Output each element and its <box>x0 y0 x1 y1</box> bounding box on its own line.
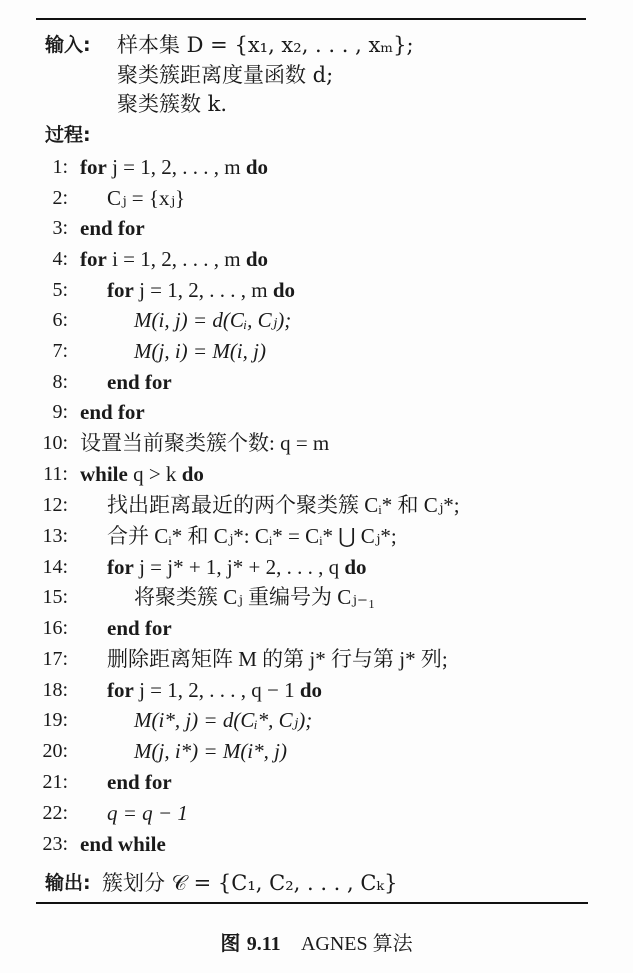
input-cluster-count: 聚类簇数 k. <box>117 89 227 119</box>
line-number: 16: <box>30 613 68 643</box>
line-number: 9: <box>30 397 68 427</box>
step-text: end for <box>107 367 172 397</box>
line-number: 23: <box>30 829 68 859</box>
step-text: M(i, j) = d(Cᵢ, Cⱼ); <box>134 305 291 335</box>
step-text: M(i*, j) = d(Cᵢ*, Cⱼ); <box>134 705 312 735</box>
line-number: 17: <box>30 644 68 674</box>
step-text: end for <box>107 613 172 643</box>
step-text: M(j, i*) = M(i*, j) <box>134 736 287 766</box>
step-text: 找出距离最近的两个聚类簇 Cᵢ* 和 Cⱼ*; <box>107 490 460 520</box>
step-text: while q > k do <box>80 459 204 489</box>
figure-label: 图 <box>220 931 240 955</box>
step-text: for j = 1, 2, . . . , m do <box>80 152 268 182</box>
line-number: 20: <box>30 736 68 766</box>
line-number: 14: <box>30 552 68 582</box>
line-number: 4: <box>30 244 68 274</box>
line-number: 6: <box>30 305 68 335</box>
figure-caption: 图 9.11 AGNES 算法 <box>0 928 633 959</box>
step-text: end for <box>107 767 172 797</box>
line-number: 19: <box>30 705 68 735</box>
line-number: 21: <box>30 767 68 797</box>
figure-number: 9.11 <box>247 933 281 955</box>
step-text: end for <box>80 397 145 427</box>
step-text: for j = 1, 2, . . . , q − 1 do <box>107 675 322 705</box>
step-text: M(j, i) = M(i, j) <box>134 336 266 366</box>
line-number: 1: <box>30 152 68 182</box>
line-number: 3: <box>30 213 68 243</box>
step-text: for j = 1, 2, . . . , m do <box>107 275 295 305</box>
line-number: 12: <box>30 490 68 520</box>
line-number: 8: <box>30 367 68 397</box>
step-text: end for <box>80 213 145 243</box>
line-number: 18: <box>30 675 68 705</box>
output-partition: 簇划分 𝒞 = {C₁, C₂, . . . , Cₖ} <box>102 868 397 898</box>
step-text: for j = j* + 1, j* + 2, . . . , q do <box>107 552 367 582</box>
line-number: 10: <box>30 428 68 458</box>
input-distance-function: 聚类簇距离度量函数 d; <box>117 60 333 90</box>
step-text: 将聚类簇 Cⱼ 重编号为 Cⱼ₋₁ <box>134 582 375 612</box>
step-text: Cⱼ = {xⱼ} <box>107 183 185 213</box>
top-rule <box>36 18 586 20</box>
line-number: 15: <box>30 582 68 612</box>
step-text: 删除距离矩阵 M 的第 j* 行与第 j* 列; <box>107 644 448 674</box>
figure-title: AGNES 算法 <box>301 933 413 955</box>
line-number: 22: <box>30 798 68 828</box>
step-text: 设置当前聚类簇个数: q = m <box>80 428 329 458</box>
input-sample-set: 样本集 D = {x₁, x₂, . . . , xₘ}; <box>117 30 414 60</box>
process-label: 过程: <box>45 120 91 150</box>
line-number: 5: <box>30 275 68 305</box>
step-text: end while <box>80 829 166 859</box>
bottom-rule <box>36 902 588 904</box>
step-text: q = q − 1 <box>107 798 188 828</box>
step-text: for i = 1, 2, . . . , m do <box>80 244 268 274</box>
step-text: 合并 Cᵢ* 和 Cⱼ*: Cᵢ* = Cᵢ* ⋃ Cⱼ*; <box>107 521 397 551</box>
output-label: 输出: <box>45 868 91 898</box>
line-number: 2: <box>30 183 68 213</box>
line-number: 7: <box>30 336 68 366</box>
line-number: 11: <box>30 459 68 489</box>
line-number: 13: <box>30 521 68 551</box>
input-label: 输入: <box>45 30 91 60</box>
